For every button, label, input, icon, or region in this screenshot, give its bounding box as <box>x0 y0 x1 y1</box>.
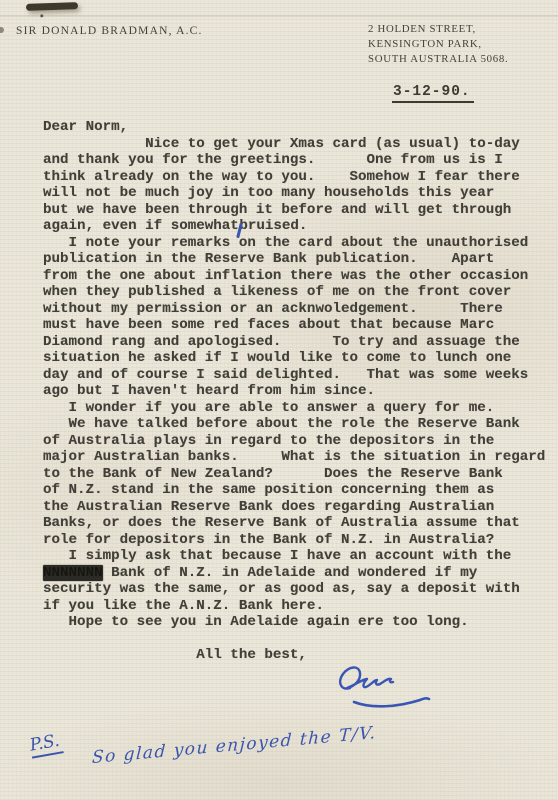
staple-mark <box>26 2 78 11</box>
letter-line: if you like the A.N.Z. Bank here. <box>43 598 548 615</box>
letter-line: All the best, <box>43 647 548 664</box>
letter-line: I simply ask that because I have an acco… <box>43 548 548 565</box>
letter-line: and thank you for the greetings. One fro… <box>43 152 548 169</box>
edge-speck <box>0 27 4 33</box>
letter-line: publication in the Reserve Bank publicat… <box>43 251 548 268</box>
letter-line: will not be much joy in too many househo… <box>43 185 548 202</box>
letter-line: Banks, or does the Reserve Bank of Austr… <box>43 515 548 532</box>
address-line: 2 HOLDEN STREET, <box>368 23 476 35</box>
letter-line: ago but I haven't heard from him since. <box>43 383 548 400</box>
letter-date: 3-12-90. <box>392 84 474 103</box>
letter-line: to the Bank of New Zealand? Does the Res… <box>43 466 548 483</box>
letterhead-address: 2 HOLDEN STREET,KENSINGTON PARK,SOUTH AU… <box>368 22 508 67</box>
letter-line: of N.Z. stand in the same position conce… <box>43 482 548 499</box>
letter-line: situation he asked if I would like to co… <box>43 350 548 367</box>
letter-line: major Australian banks. What is the situ… <box>43 449 548 466</box>
letter-line: Dear Norm, <box>43 119 548 136</box>
letter-line: of Australia plays in regard to the depo… <box>43 433 548 450</box>
letter-line: NNNNNNN Bank of N.Z. in Adelaide and won… <box>43 565 548 582</box>
address-line: KENSINGTON PARK, <box>368 38 482 50</box>
letter-line: We have talked before about the role the… <box>43 416 548 433</box>
letter-page: SIR DONALD BRADMAN, A.C. 2 HOLDEN STREET… <box>0 0 558 800</box>
letter-line: day and of course I said delighted. That… <box>43 367 548 384</box>
letter-line: think already on the way to you. Somehow… <box>43 169 548 186</box>
letter-line: when they published a likeness of me on … <box>43 284 548 301</box>
letterhead-name: SIR DONALD BRADMAN, A.C. <box>16 25 203 37</box>
letter-line: but we have been through it before and w… <box>43 202 548 219</box>
signature-scribble <box>326 652 458 714</box>
letter-line: I wonder if you are able to answer a que… <box>43 400 548 417</box>
postscript-text: So glad you enjoyed the T/V. <box>91 710 520 768</box>
letter-line: the Australian Reserve Bank does regardi… <box>43 499 548 516</box>
letter-line <box>43 631 548 648</box>
letter-line: again, even if somewhatbruised. <box>43 218 548 235</box>
letter-line: role for depositors in the Bank of N.Z. … <box>43 532 548 549</box>
paper-crease <box>0 15 558 17</box>
letter-line: I note your remarks on the card about th… <box>43 235 548 252</box>
signature <box>326 652 458 719</box>
address-line: SOUTH AUSTRALIA 5068. <box>368 53 508 65</box>
letter-line: Hope to see you in Adelaide again ere to… <box>43 614 548 631</box>
letter-line: must have been some red faces about that… <box>43 317 548 334</box>
redacted-word: NNNNNNN <box>43 565 103 581</box>
letter-line: from the one about inflation there was t… <box>43 268 548 285</box>
postscript-label: P.S. <box>28 730 63 758</box>
letter-line: without my permission or an acknwoledgem… <box>43 301 548 318</box>
letter-line: Nice to get your Xmas card (as usual) to… <box>43 136 548 153</box>
letter-line: Diamond rang and apologised. To try and … <box>43 334 548 351</box>
letter-line: security was the same, or as good as, sa… <box>43 581 548 598</box>
letter-body: Dear Norm, Nice to get your Xmas card (a… <box>43 119 548 664</box>
